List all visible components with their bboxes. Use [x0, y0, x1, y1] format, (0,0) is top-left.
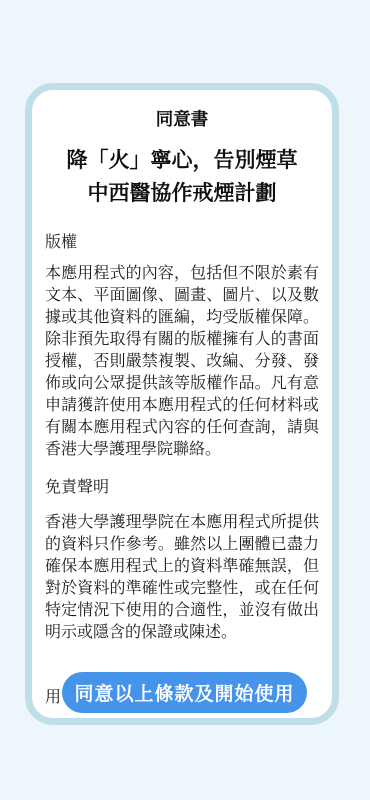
section-heading-disclaimer: 免責聲明: [45, 477, 319, 499]
page-title: 同意書: [45, 108, 319, 130]
consent-card-content: 同意書 降「火」寧心，告別煙草 中西醫協作戒煙計劃 版權 本應用程式的內容，包括…: [32, 90, 332, 709]
phone-screen: 同意書 降「火」寧心，告別煙草 中西醫協作戒煙計劃 版權 本應用程式的內容，包括…: [0, 0, 370, 800]
program-title-line1: 降「火」寧心，告別煙草: [45, 144, 319, 177]
consent-card: 同意書 降「火」寧心，告別煙草 中西醫協作戒煙計劃 版權 本應用程式的內容，包括…: [25, 83, 339, 725]
copyright-paragraph: 本應用程式的內容，包括但不限於素有文本、平面圖像、圖畫、圖片、以及數據或其他資料…: [45, 263, 319, 461]
section-heading-copyright: 版權: [45, 232, 319, 254]
agree-button[interactable]: 同意以上條款及開始使用: [62, 672, 307, 713]
program-title-line2: 中西醫協作戒煙計劃: [45, 177, 319, 210]
disclaimer-paragraph: 香港大學護理學院在本應用程式所提供的資料只作參考。雖然以上團體已盡力確保本應用程…: [45, 512, 319, 644]
program-title: 降「火」寧心，告別煙草 中西醫協作戒煙計劃: [45, 144, 319, 210]
